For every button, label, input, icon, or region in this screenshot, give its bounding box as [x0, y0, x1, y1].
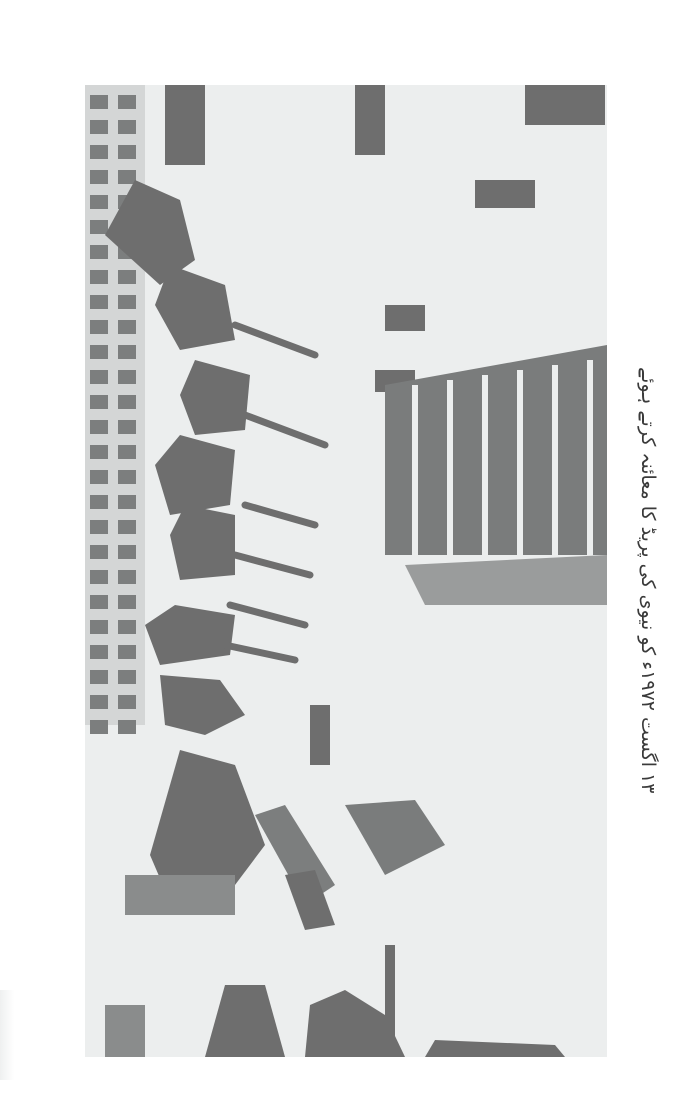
scan-edge-mark: [0, 990, 14, 1080]
parade-photograph: [85, 85, 607, 1057]
photo-caption: ۱۳ اگست ۱۹۷۲ء کو نیوی کی پریڈ کا معائنہ …: [628, 385, 668, 775]
book-page: ۱۳ اگست ۱۹۷۲ء کو نیوی کی پریڈ کا معائنہ …: [0, 0, 700, 1116]
upper-figures: [165, 85, 605, 392]
foreground-figures: [105, 945, 565, 1057]
photo-rendering: [85, 85, 607, 1057]
crowd-railing: [385, 345, 607, 605]
inspecting-officer: [125, 705, 445, 930]
caption-text: ۱۳ اگست ۱۹۷۲ء کو نیوی کی پریڈ کا معائنہ …: [637, 367, 659, 793]
